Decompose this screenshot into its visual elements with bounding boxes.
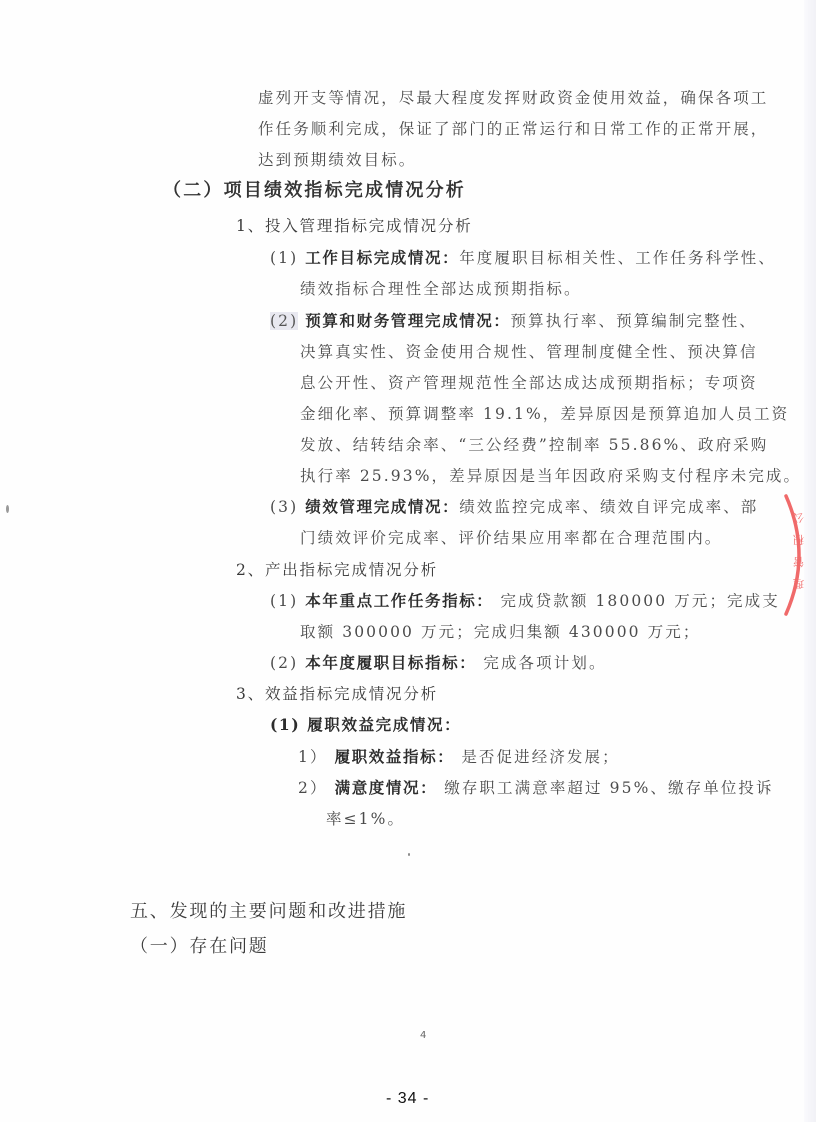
official-seal-icon: 公 积 管 理 (778, 490, 816, 620)
section-2-heading: （二）项目绩效指标完成情况分析 (163, 181, 466, 201)
item-marker: (1) (270, 715, 300, 734)
item-title: 履职效益完成情况： (307, 715, 461, 734)
item-marker: (2) (270, 654, 298, 672)
subitem-marker: 1） (298, 748, 328, 766)
item-2-1-cont: 取额 300000 万元；完成归集额 430000 万元； (300, 622, 700, 642)
outer-page-number: - 34 - (386, 1090, 429, 1108)
item-text: 年度履职目标相关性、工作任务科学性、 (459, 249, 776, 267)
item-marker: (1) (270, 592, 298, 610)
item-1-2: (2) 预算和财务管理完成情况：预算执行率、预算编制完整性、 (270, 311, 757, 331)
subitem-marker: 2） (298, 779, 328, 797)
svg-text:理: 理 (793, 577, 804, 590)
item-text: 完成各项计划。 (483, 654, 606, 672)
item-1-1: (1) 工作目标完成情况：年度履职目标相关性、工作任务科学性、 (270, 248, 776, 268)
item-title: 工作目标完成情况： (305, 248, 459, 267)
item-1-2-line-5: 发放、结转结余率、“三公经费”控制率 55.86%、政府采购 (300, 435, 768, 455)
subitem-3-1-2-cont: 率≤1%。 (326, 809, 405, 829)
section-5-sub1-heading: （一）存在问题 (130, 937, 269, 957)
subitem-text: 是否促进经济发展； (461, 748, 619, 766)
subitem-3-1-1: 1） 履职效益指标： 是否促进经济发展； (298, 747, 620, 767)
item-1-3-cont: 门绩效评价完成率、评价结果应用率都在合理范围内。 (300, 528, 722, 548)
svg-text:公: 公 (793, 511, 804, 524)
item-title: 本年度履职目标指标： (305, 653, 476, 672)
inner-page-number: 4 (420, 1030, 426, 1041)
subsection-2-heading: 2、产出指标完成情况分析 (236, 560, 438, 580)
svg-text:积: 积 (792, 533, 804, 547)
intro-line-1: 虚列开支等情况，尽最大程度发挥财政资金使用效益，确保各项工 (258, 88, 768, 108)
item-1-2-line-3: 息公开性、资产管理规范性全部达成达成预期指标；专项资 (300, 373, 758, 393)
item-title: 预算和财务管理完成情况： (305, 311, 510, 330)
intro-line-2: 作任务顺利完成，保证了部门的正常运行和日常工作的正常开展， (258, 119, 768, 139)
item-marker: (1) (270, 249, 298, 267)
section-5-heading: 五、发现的主要问题和改进措施 (130, 902, 407, 922)
item-1-3: (3) 绩效管理完成情况：绩效监控完成率、绩效自评完成率、部 (270, 497, 758, 517)
item-text: 完成贷款额 180000 万元；完成支 (500, 592, 779, 610)
subitem-text: 缴存职工满意率超过 95%、缴存单位投诉 (444, 779, 773, 797)
item-2-2: (2) 本年度履职目标指标： 完成各项计划。 (270, 653, 607, 673)
item-1-2-line-4: 金细化率、预算调整率 19.1%，差异原因是预算追加人员工资 (300, 404, 789, 424)
item-marker: (3) (270, 498, 298, 516)
svg-text:管: 管 (793, 555, 804, 569)
subitem-title: 满意度情况： (335, 778, 438, 797)
subsection-3-heading: 3、效益指标完成情况分析 (236, 684, 438, 704)
scan-speck (6, 505, 9, 513)
item-title: 本年重点工作任务指标： (305, 591, 493, 610)
item-marker-highlighted: (2) (270, 312, 298, 330)
document-page: 虚列开支等情况，尽最大程度发挥财政资金使用效益，确保各项工 作任务顺利完成，保证… (0, 0, 816, 1122)
subsection-1-heading: 1、投入管理指标完成情况分析 (236, 216, 473, 236)
item-1-2-line-2: 决算真实性、资金使用合规性、管理制度健全性、预决算信 (300, 342, 758, 362)
item-1-2-line-6: 执行率 25.93%，差异原因是当年因政府采购支付程序未完成。 (300, 466, 801, 486)
subitem-3-1-2: 2） 满意度情况： 缴存职工满意率超过 95%、缴存单位投诉 (298, 778, 774, 798)
scan-speck (408, 853, 410, 856)
item-title: 绩效管理完成情况： (305, 497, 459, 516)
item-2-1: (1) 本年重点工作任务指标： 完成贷款额 180000 万元；完成支 (270, 591, 780, 611)
item-text: 预算执行率、预算编制完整性、 (511, 312, 757, 330)
item-text: 绩效监控完成率、绩效自评完成率、部 (459, 498, 758, 516)
subitem-title: 履职效益指标： (335, 747, 455, 766)
item-1-1-cont: 绩效指标合理性全部达成预期指标。 (300, 279, 582, 299)
intro-line-3: 达到预期绩效目标。 (258, 150, 416, 170)
item-3-1: (1) 履职效益完成情况： (270, 715, 461, 735)
